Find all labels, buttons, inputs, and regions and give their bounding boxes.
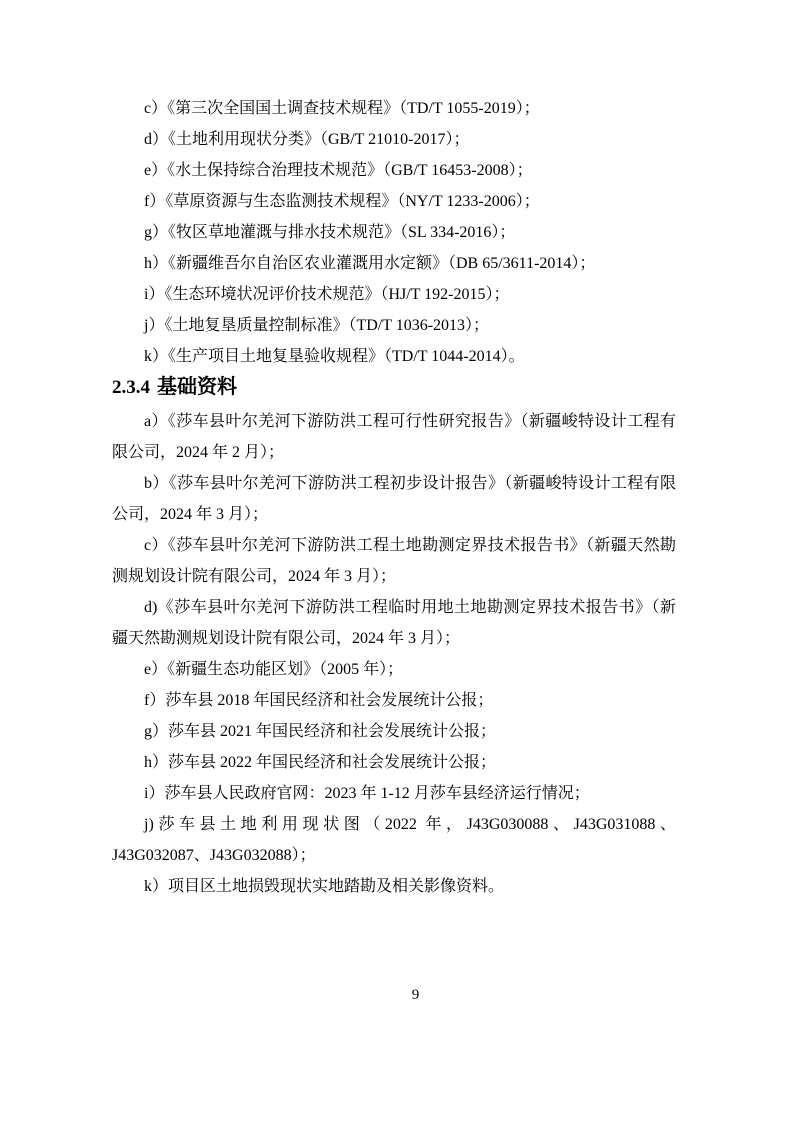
- materials-item-b: b）《莎车县叶尔羌河下游防洪工程初步设计报告》（新疆峻特设计工程有限公司，202…: [112, 468, 676, 530]
- standards-item-e: e）《水土保持综合治理技术规范》（GB/T 16453-2008）；: [112, 155, 676, 186]
- materials-item-c: c）《莎车县叶尔羌河下游防洪工程土地勘测定界技术报告书》（新疆天然勘测规划设计院…: [112, 530, 676, 592]
- standards-item-j: j）《土地复垦质量控制标准》（TD/T 1036-2013）；: [112, 310, 676, 341]
- section-heading-title: 基础资料: [157, 376, 237, 398]
- standards-item-c: c）《第三次全国国土调查技术规程》（TD/T 1055-2019）；: [112, 93, 676, 124]
- materials-item-a: a）《莎车县叶尔羌河下游防洪工程可行性研究报告》（新疆峻特设计工程有限公司，20…: [112, 406, 676, 468]
- standards-item-k: k）《生产项目土地复垦验收规程》（TD/T 1044-2014）。: [112, 341, 676, 372]
- standards-item-g: g）《牧区草地灌溉与排水技术规范》（SL 334-2016）；: [112, 217, 676, 248]
- materials-item-j: j)莎车县土地利用现状图（2022 年，J43G030088、J43G03108…: [112, 809, 676, 871]
- page-number: 9: [0, 985, 793, 1005]
- section-heading-number: 2.3.4: [112, 377, 150, 398]
- materials-item-i: i）莎车县人民政府官网：2023 年 1-12 月莎车县经济运行情况；: [112, 778, 676, 809]
- materials-item-e: e）《新疆生态功能区划》（2005 年）；: [112, 654, 676, 685]
- standards-item-d: d）《土地利用现状分类》（GB/T 21010-2017）；: [112, 124, 676, 155]
- standards-item-f: f）《草原资源与生态监测技术规程》（NY/T 1233-2006）；: [112, 186, 676, 217]
- materials-item-g: g）莎车县 2021 年国民经济和社会发展统计公报；: [112, 716, 676, 747]
- materials-list: a）《莎车县叶尔羌河下游防洪工程可行性研究报告》（新疆峻特设计工程有限公司，20…: [112, 406, 676, 902]
- document-page: c）《第三次全国国土调查技术规程》（TD/T 1055-2019）； d）《土地…: [0, 0, 793, 1122]
- materials-item-f: f）莎车县 2018 年国民经济和社会发展统计公报；: [112, 685, 676, 716]
- materials-item-k: k）项目区土地损毁现状实地踏勘及相关影像资料。: [112, 871, 676, 902]
- page-content: c）《第三次全国国土调查技术规程》（TD/T 1055-2019）； d）《土地…: [112, 93, 676, 902]
- materials-item-d: d)《莎车县叶尔羌河下游防洪工程临时用地土地勘测定界技术报告书》（新疆天然勘测规…: [112, 592, 676, 654]
- standards-item-i: i）《生态环境状况评价技术规范》（HJ/T 192-2015）；: [112, 279, 676, 310]
- materials-item-h: h）莎车县 2022 年国民经济和社会发展统计公报；: [112, 747, 676, 778]
- section-heading: 2.3.4基础资料: [112, 372, 676, 403]
- standards-list: c）《第三次全国国土调查技术规程》（TD/T 1055-2019）； d）《土地…: [112, 93, 676, 372]
- page-number-value: 9: [412, 987, 420, 1003]
- standards-item-h: h）《新疆维吾尔自治区农业灌溉用水定额》（DB 65/3611-2014）；: [112, 248, 676, 279]
